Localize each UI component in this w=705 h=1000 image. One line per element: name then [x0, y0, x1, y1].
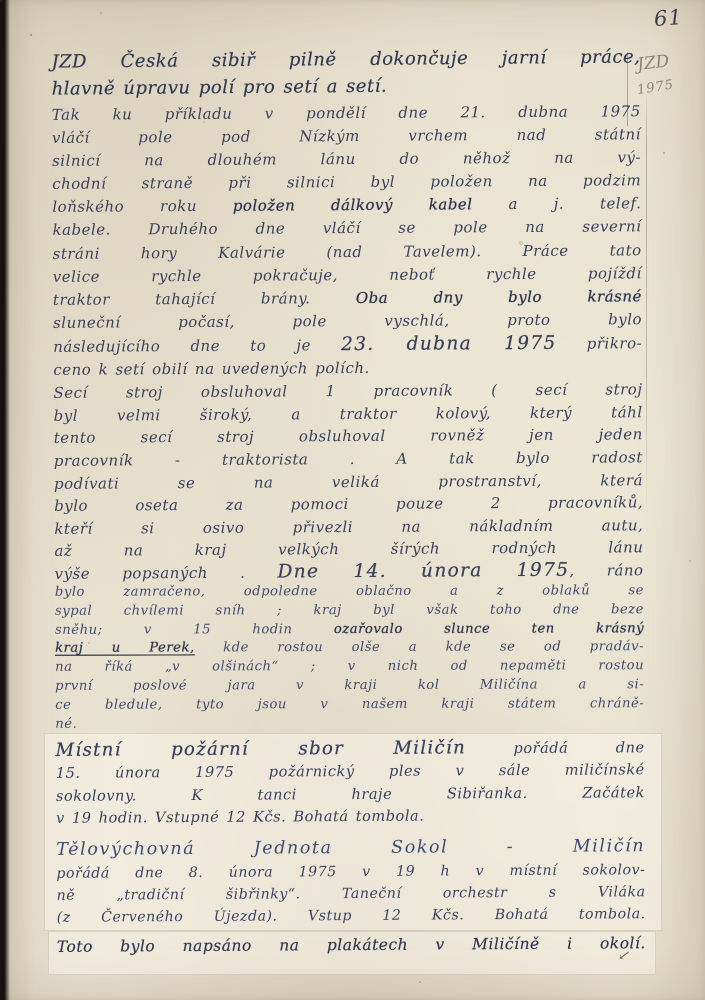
text-line: Toto bylo napsáno na plakátech v Miličín… [57, 930, 646, 960]
text-line: první poslové jara v kraji kol Miličína … [55, 677, 644, 697]
text-line: kraj u Perek, kde rostou olše a kde se o… [55, 639, 644, 659]
paragraph-fire-brigade-ball: Místní požární sbor Miličín pořádá dne15… [56, 736, 646, 830]
text-line: pracovník - traktorista . A tak bylo rad… [54, 446, 643, 472]
text-line: bylo zamračeno, odpoledne oblačno a z ob… [55, 583, 644, 603]
text-line: (z Červeného Újezda). Vstup 12 Kčs. Boha… [57, 904, 646, 929]
text-line: sněhu; v 15 hodin ozařovalo slunce ten k… [55, 620, 644, 640]
text-line: výše popsaných . Dne 14. února 1975, rán… [55, 559, 644, 585]
text-line: né. [55, 714, 644, 734]
text-line: velice rychle pokračuje, neboť rychle po… [53, 262, 642, 289]
text-line: kabele. Druhého dne vláčí se pole na sev… [52, 216, 641, 243]
paragraph-sokol-ball: Tělovýchovná Jednota Sokol - Miličínpořá… [56, 834, 646, 929]
text-line: následujícího dne to je 23. dubna 1975 p… [53, 331, 642, 359]
manuscript-text: JZD Česká sibiř pilně dokončuje jarní pr… [0, 0, 705, 960]
paragraph-intro: JZD Česká sibiř pilně dokončuje jarní pr… [51, 43, 640, 102]
paragraph-weather-february: bylo zamračeno, odpoledne oblačno a z ob… [55, 583, 644, 735]
text-line: Secí stroj obsluhoval 1 pracovník ( secí… [53, 378, 642, 404]
paragraph-field-work-april: Tak ku příkladu v pondělí dne 21. dubna … [52, 100, 643, 382]
text-line: 15. února 1975 požárnický ples v sále mi… [56, 759, 645, 785]
chronicle-page: 61 JZD 1975 JZD Česká sibiř pilně dokonč… [0, 0, 705, 1000]
paragraph-sowing-machine: Secí stroj obsluhoval 1 pracovník ( secí… [53, 378, 643, 585]
text-line: hlavně úpravu polí pro setí a setí. [52, 70, 641, 102]
paragraph-closing: Toto bylo napsáno na plakátech v Miličín… [57, 930, 646, 960]
text-line: traktor tahající brány. Oba dny bylo krá… [53, 285, 642, 312]
text-line: stráni hory Kalvárie (nad Tavelem). Prác… [53, 239, 642, 266]
text-line: v 19 hodin. Vstupné 12 Kčs. Bohatá tombo… [56, 804, 645, 830]
text-line: ce bledule, tyto jsou v našem kraji stát… [55, 695, 644, 715]
text-line: sokolovny. K tanci hraje Sibiřanka. Začá… [56, 782, 645, 808]
text-line: ně „tradiční šibřinky“. Taneční orchestr… [56, 882, 645, 907]
text-line: Tělovýchovná Jednota Sokol - Miličín [56, 834, 645, 865]
text-line: bylo oseta za pomoci pouze 2 pracovníků, [54, 491, 643, 517]
text-line: sypal chvílemi sníh ; kraj byl však toho… [55, 602, 644, 622]
text-line: JZD Česká sibiř pilně dokončuje jarní pr… [51, 43, 640, 75]
text-line: na říká „v olšinách“ ; v nich od nepamět… [55, 658, 644, 678]
